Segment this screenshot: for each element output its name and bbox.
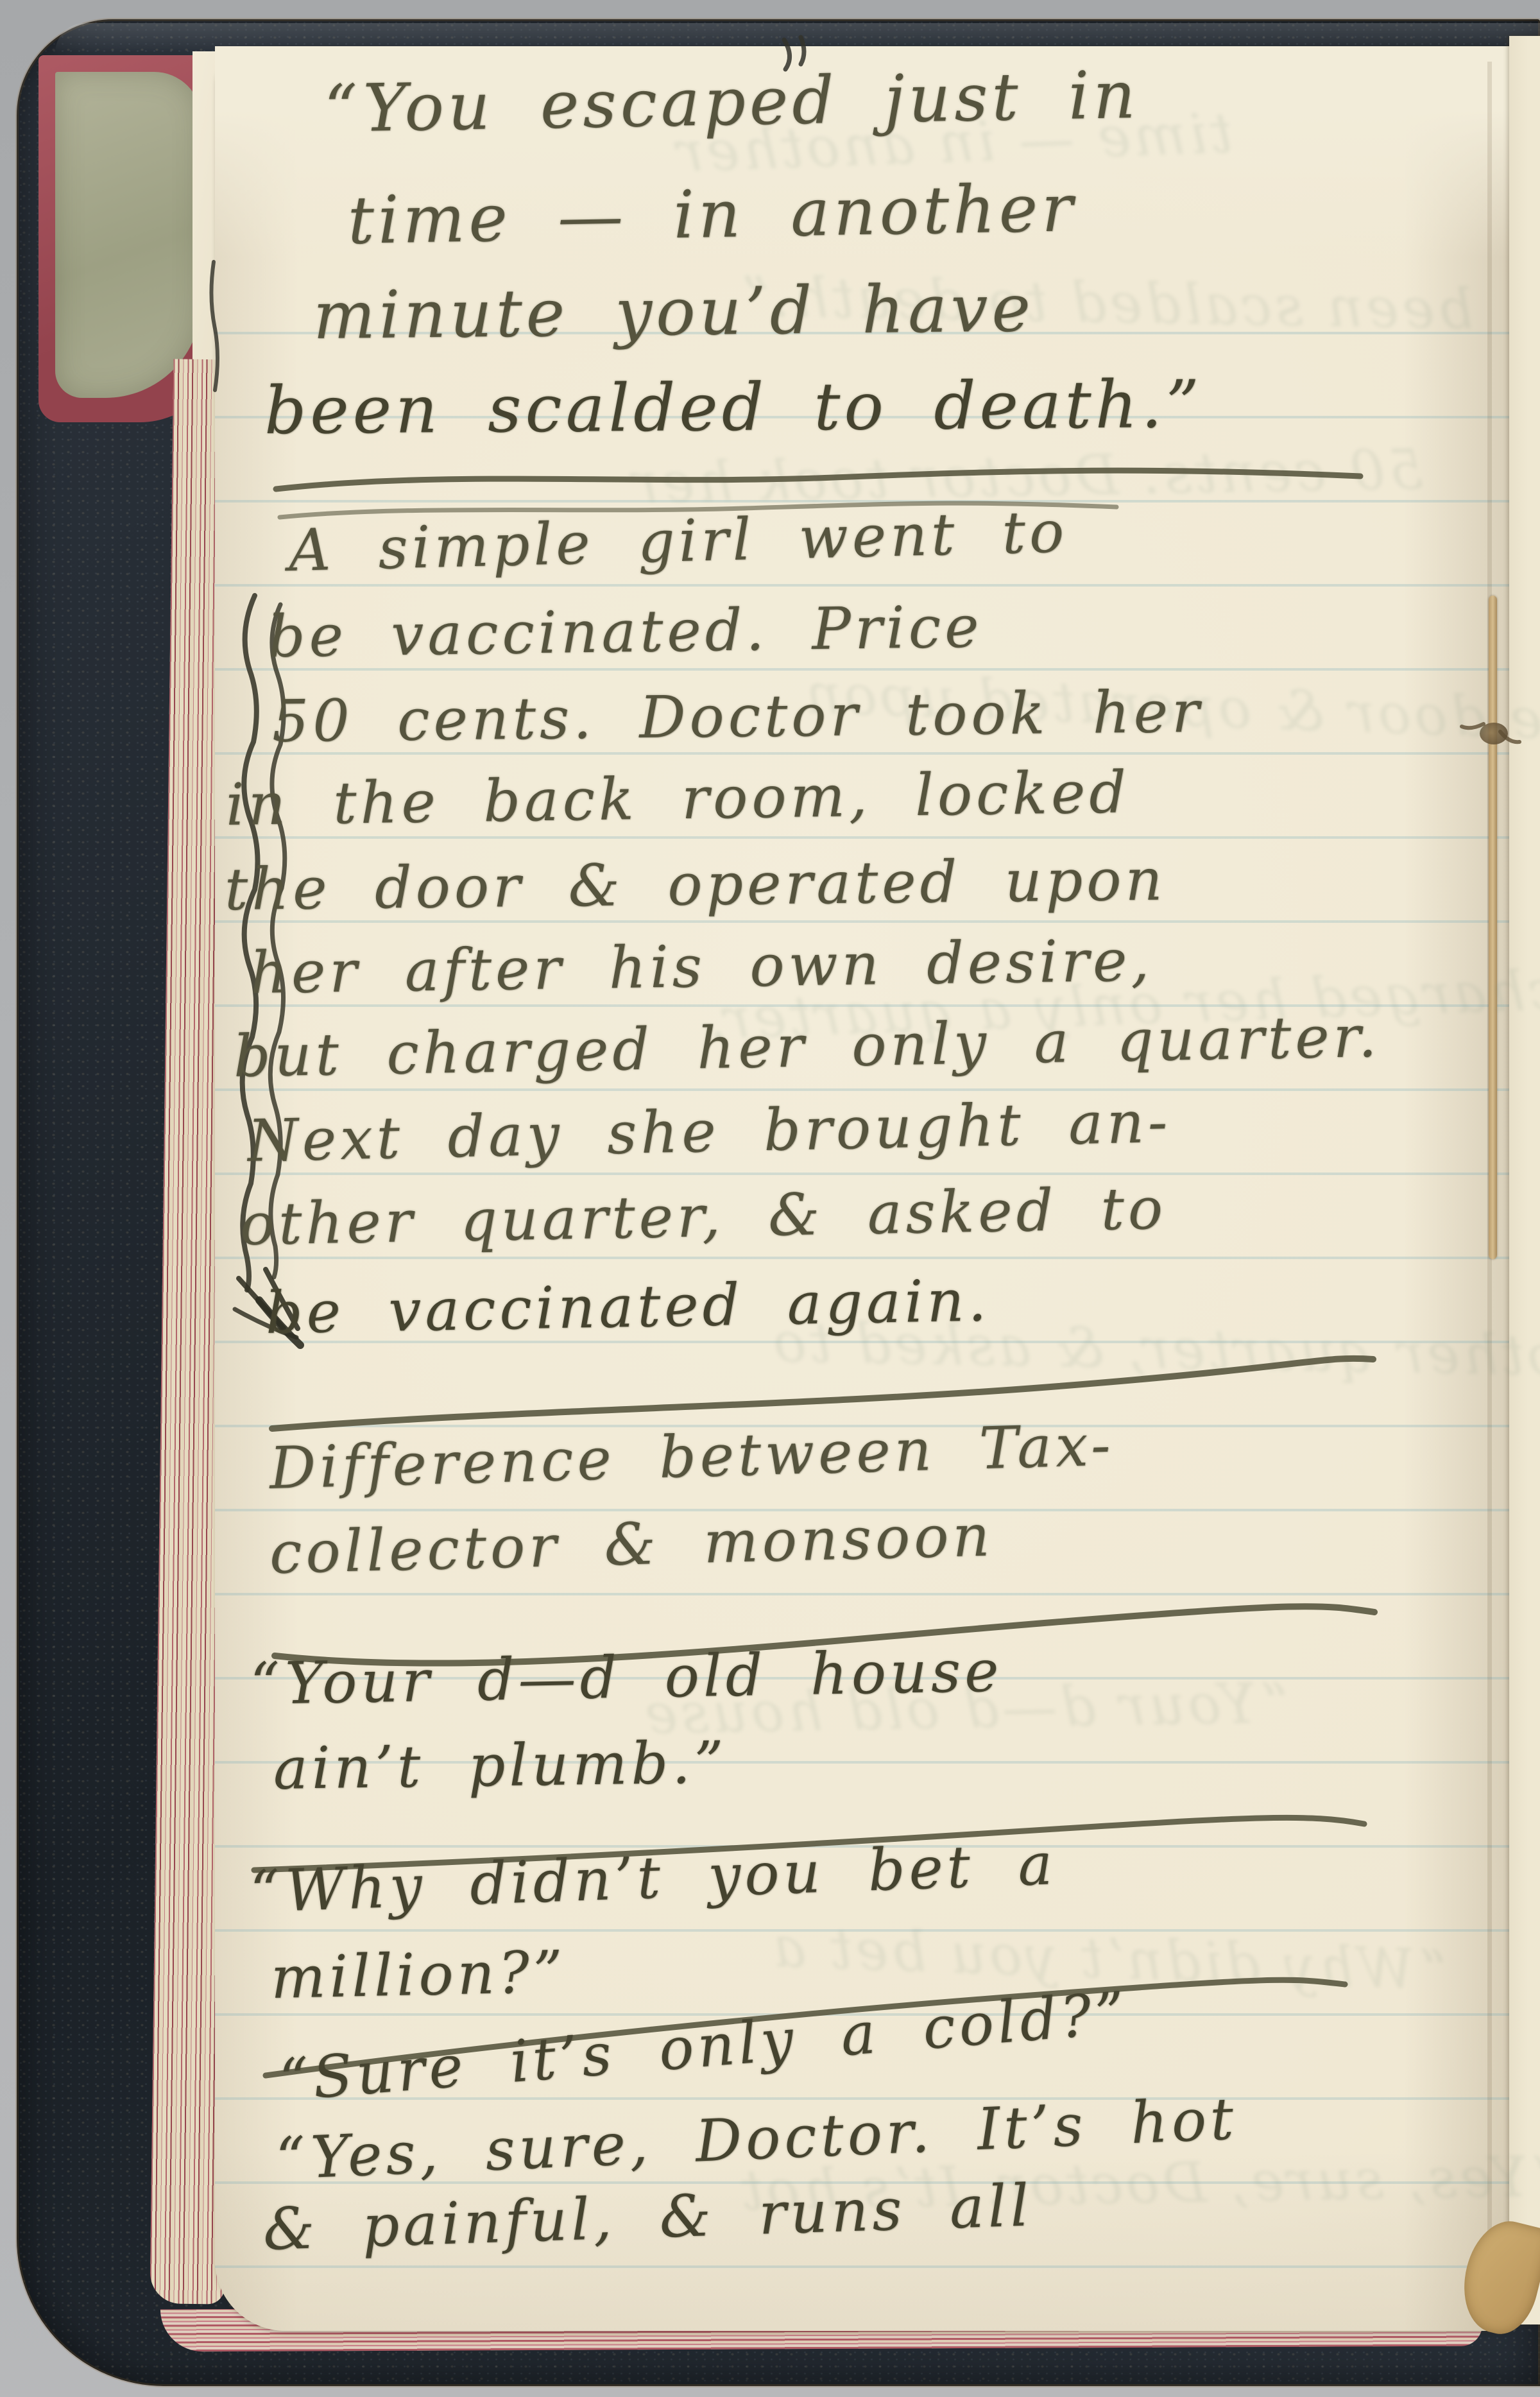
handwritten-line: been scalded to death.” [264,371,1204,445]
handwritten-line: time — in another [347,175,1077,255]
handwritten-line: “Your d—d old house [250,1642,1003,1715]
green-endpaper [55,72,201,398]
handwritten-line: her after his own desire, [250,931,1153,1003]
handwritten-line: “You escaped just in [323,62,1140,144]
facing-page-edge [1509,36,1540,2324]
handwritten-line: collector & monsoon [269,1506,994,1583]
notebook-photo: time — in another been scalded to death.… [0,0,1540,2397]
handwritten-line: in the back room, locked [225,762,1130,835]
handwritten-line: the door & operated upon [225,850,1167,920]
handwritten-line: 50 cents. Doctor took her [272,682,1204,752]
handwritten-line: ain’t plumb.” [273,1733,728,1799]
handwritten-line: be vaccinated. Price [268,597,983,667]
handwritten-line: million?” [270,1942,567,2008]
handwritten-line: other quarter, & asked to [239,1179,1167,1255]
handwritten-line: be vaccinated again. [265,1271,991,1343]
handwritten-line: minute you’d have [312,275,1034,350]
